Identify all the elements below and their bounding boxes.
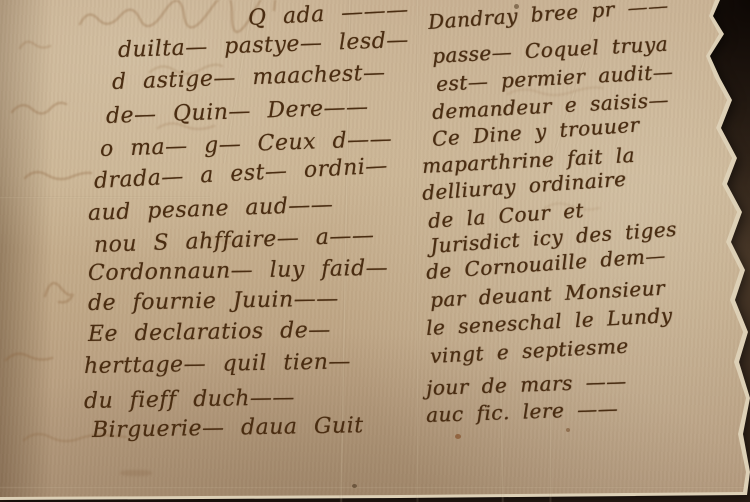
- handwritten-line: herttage— quil tien—: [84, 349, 351, 379]
- handwritten-line: du fieff duch——: [84, 385, 295, 414]
- handwritten-line: Birguerie— daua Guit: [92, 413, 364, 443]
- handwritten-line: Ee declaratios de—: [88, 318, 331, 347]
- handwritten-line: Cordonnaun— luy faid—: [88, 256, 389, 286]
- handwritten-line: de fournie Juuin——: [88, 287, 339, 316]
- manuscript-photo: Q ada ——— duilta— pastye— lesd— d astige…: [0, 0, 750, 502]
